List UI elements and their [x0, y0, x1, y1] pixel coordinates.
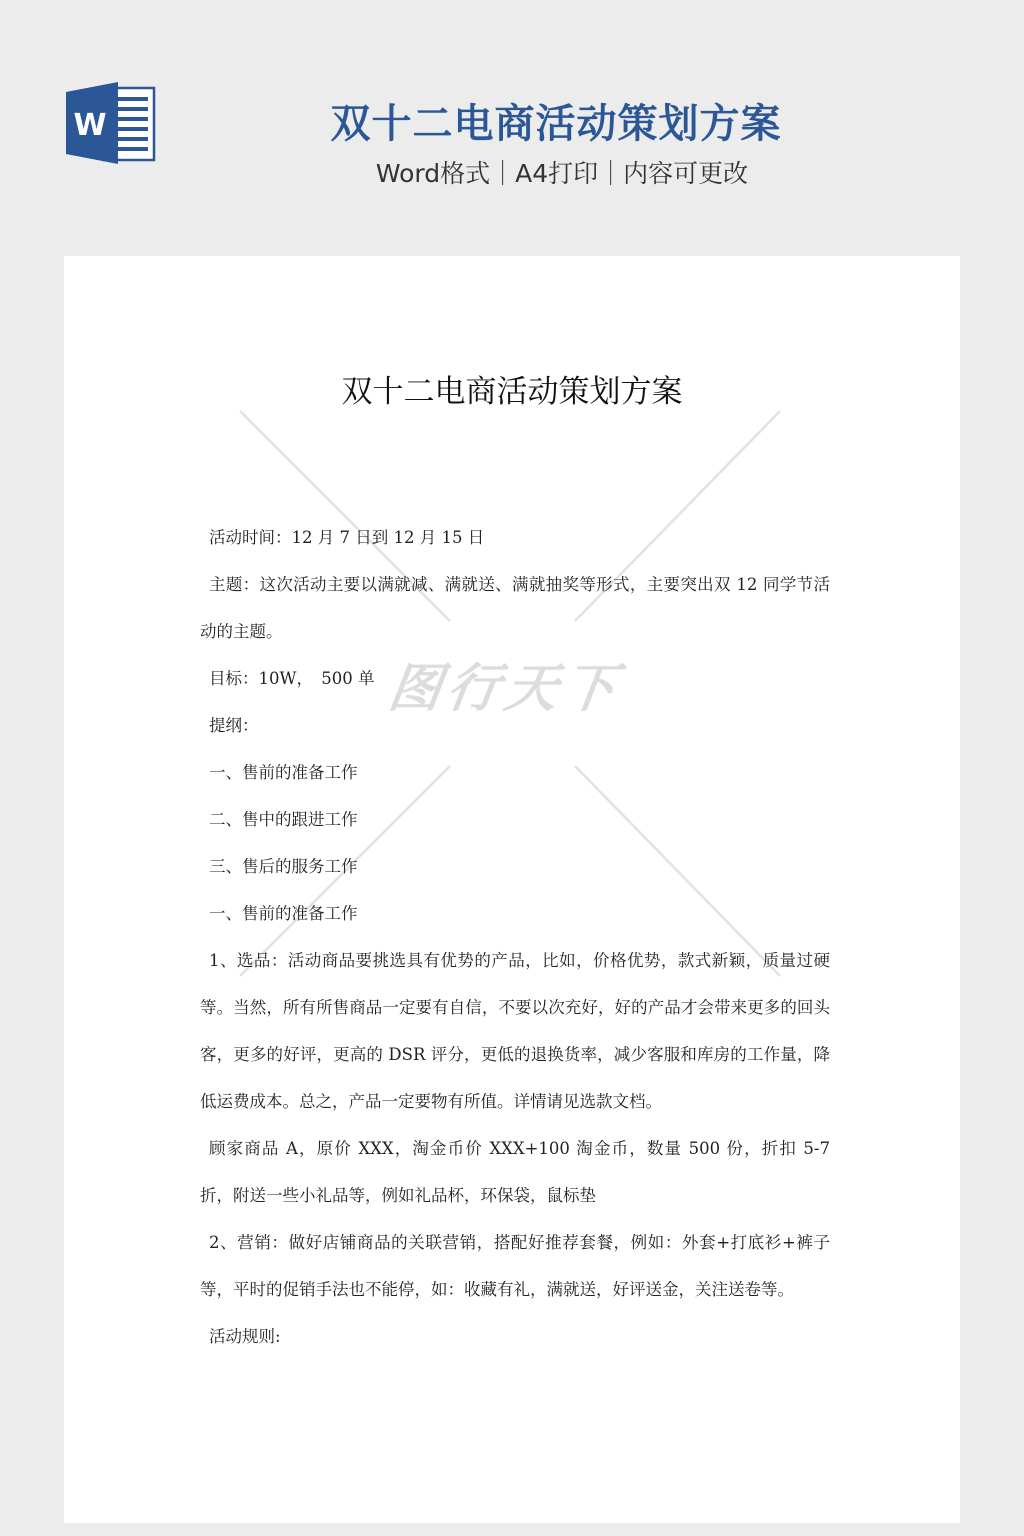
- paragraph-marketing: 2、营销：做好店铺商品的关联营销，搭配好推荐套餐，例如：外套+打底衫+裤子 等，…: [200, 1219, 830, 1313]
- outline-item-2: 二、售中的跟进工作: [200, 796, 830, 843]
- outline-item-3: 三、售后的服务工作: [200, 843, 830, 890]
- paragraph-product-a: 顾家商品 A，原价 XXX，淘金币价 XXX+100 淘金币，数量 500 份，…: [200, 1125, 830, 1219]
- outline-item-1: 一、售前的准备工作: [200, 749, 830, 796]
- document-body: 活动时间：12 月 7 日到 12 月 15 日 主题：这次活动主要以满就减、满…: [200, 514, 830, 1360]
- banner-title: 双十二电商活动策划方案: [0, 92, 1024, 149]
- banner-subtitle: Word格式｜A4打印｜内容可更改: [0, 154, 1024, 190]
- paragraph-outline-label: 提纲：: [200, 702, 830, 749]
- section-heading-presale: 一、售前的准备工作: [200, 890, 830, 937]
- paragraph-activity-time: 活动时间：12 月 7 日到 12 月 15 日: [200, 514, 830, 561]
- paragraph-product-selection: 1、选品：活动商品要挑选具有优势的产品，比如，价格优势，款式新颖，质量过硬等。当…: [200, 937, 830, 1125]
- paragraph-theme: 主题：这次活动主要以满就减、满就送、满就抽奖等形式，主要突出双 12 同学节活动…: [200, 561, 830, 655]
- paragraph-goal: 目标：10W， 500 单: [200, 655, 830, 702]
- paragraph-activity-rules: 活动规则:: [200, 1313, 830, 1360]
- document-title: 双十二电商活动策划方案: [64, 366, 960, 411]
- document-page: 图行天下 双十二电商活动策划方案 活动时间：12 月 7 日到 12 月 15 …: [64, 256, 960, 1523]
